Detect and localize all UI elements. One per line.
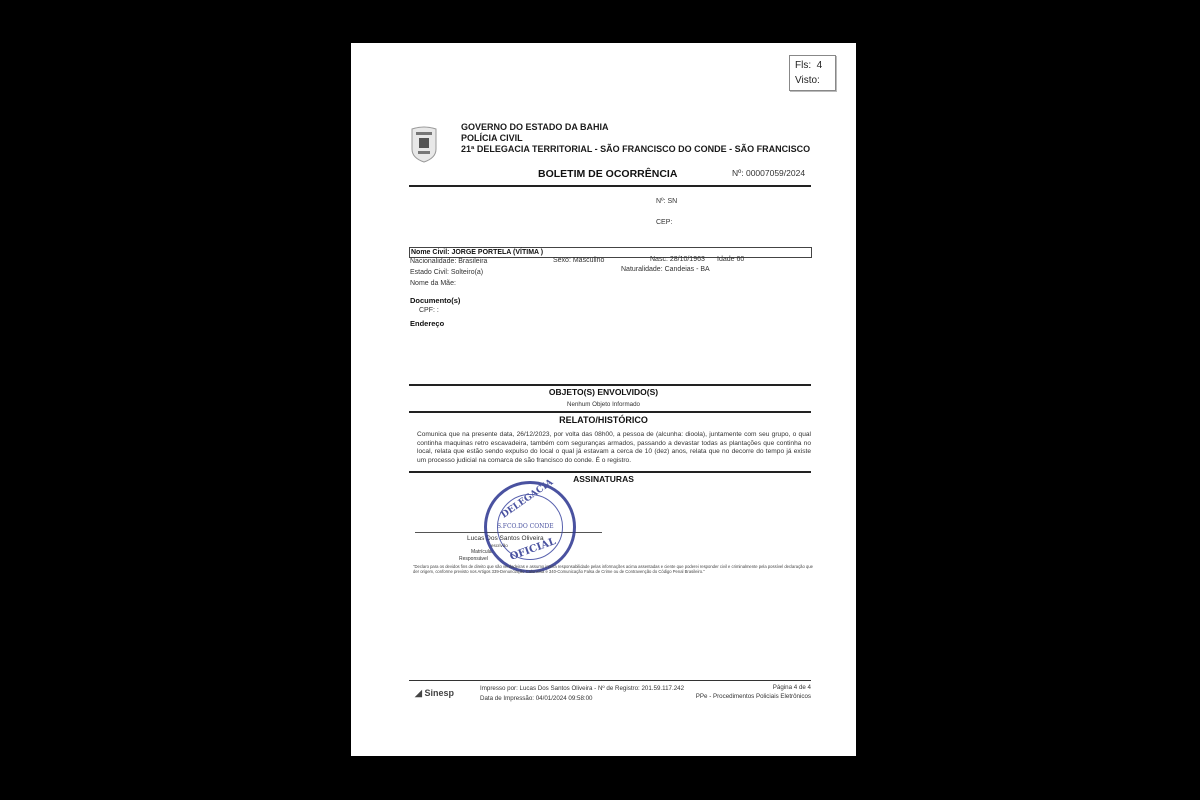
birth-date: Nasc: 28/10/1963 <box>650 256 705 263</box>
address-cep: CEP: <box>656 219 672 226</box>
divider <box>409 384 811 386</box>
sinesp-logo-text: Sinesp <box>424 688 454 698</box>
birthplace: Naturalidade: Candeias - BA <box>621 266 710 273</box>
divider <box>409 185 811 187</box>
signatures-title: ASSINATURAS <box>351 474 856 484</box>
address-number: Nº: SN <box>656 198 677 205</box>
official-stamp: DELEGACIA S.FCO.DO CONDE OFICIAL <box>484 481 576 573</box>
document-page: Fls: 4 Visto: GOVERNO DO ESTADO DA BAHIA… <box>351 43 856 756</box>
nationality: Nacionalidade: Brasileira <box>410 258 487 265</box>
age: Idade 60 <box>717 256 744 263</box>
police-badge-icon <box>409 125 439 163</box>
cpf: CPF: : <box>419 307 439 314</box>
sinesp-logo: ◢ Sinesp <box>415 688 454 699</box>
header-line-police: POLÍCIA CIVIL <box>461 133 523 144</box>
system-name: PPe - Procedimentos Policiais Eletrônico… <box>651 692 811 701</box>
fls-value: 4 <box>817 60 823 71</box>
header-line-delegacia: 21ª DELEGACIA TERRITORIAL - SÃO FRANCISC… <box>461 144 810 155</box>
page-number: Página 4 de 4 <box>651 683 811 692</box>
header-line-government: GOVERNO DO ESTADO DA BAHIA <box>461 122 609 133</box>
stamp-mid-text: S.FCO.DO CONDE <box>497 523 554 530</box>
documents-label: Documento(s) <box>410 296 460 305</box>
fls-label: Fls: <box>795 60 811 71</box>
civil-status: Estado Civil: Solteiro(a) <box>410 269 483 276</box>
document-title: BOLETIM DE OCORRÊNCIA <box>538 168 677 180</box>
mother-name: Nome da Mãe: <box>410 280 456 287</box>
visto-label: Visto: <box>795 73 835 88</box>
print-date: Data de Impressão: 04/01/2024 09:58:00 <box>480 694 593 703</box>
sinesp-logo-icon: ◢ <box>415 688 422 698</box>
legal-disclaimer: "Declaro para os devidos fins de direito… <box>413 564 813 574</box>
signer-responsible: Responsável <box>459 556 488 562</box>
person-name: Nome Civil: JORGE PORTELA (VÍTIMA ) <box>409 247 812 258</box>
objects-text: Nenhum Objeto Informado <box>351 401 856 408</box>
address-label: Endereço <box>410 319 444 328</box>
relato-title: RELATO/HISTÓRICO <box>351 415 856 425</box>
objects-title: OBJETO(S) ENVOLVIDO(S) <box>351 387 856 397</box>
sex: Sexo: Masculino <box>553 257 604 264</box>
divider <box>409 471 811 473</box>
relato-text: Comunica que na presente data, 26/12/202… <box>417 431 811 465</box>
divider <box>409 411 811 413</box>
folio-stamp-box: Fls: 4 Visto: <box>789 55 836 91</box>
report-number: Nº: 00007059/2024 <box>732 168 805 178</box>
footer-divider <box>409 680 811 681</box>
